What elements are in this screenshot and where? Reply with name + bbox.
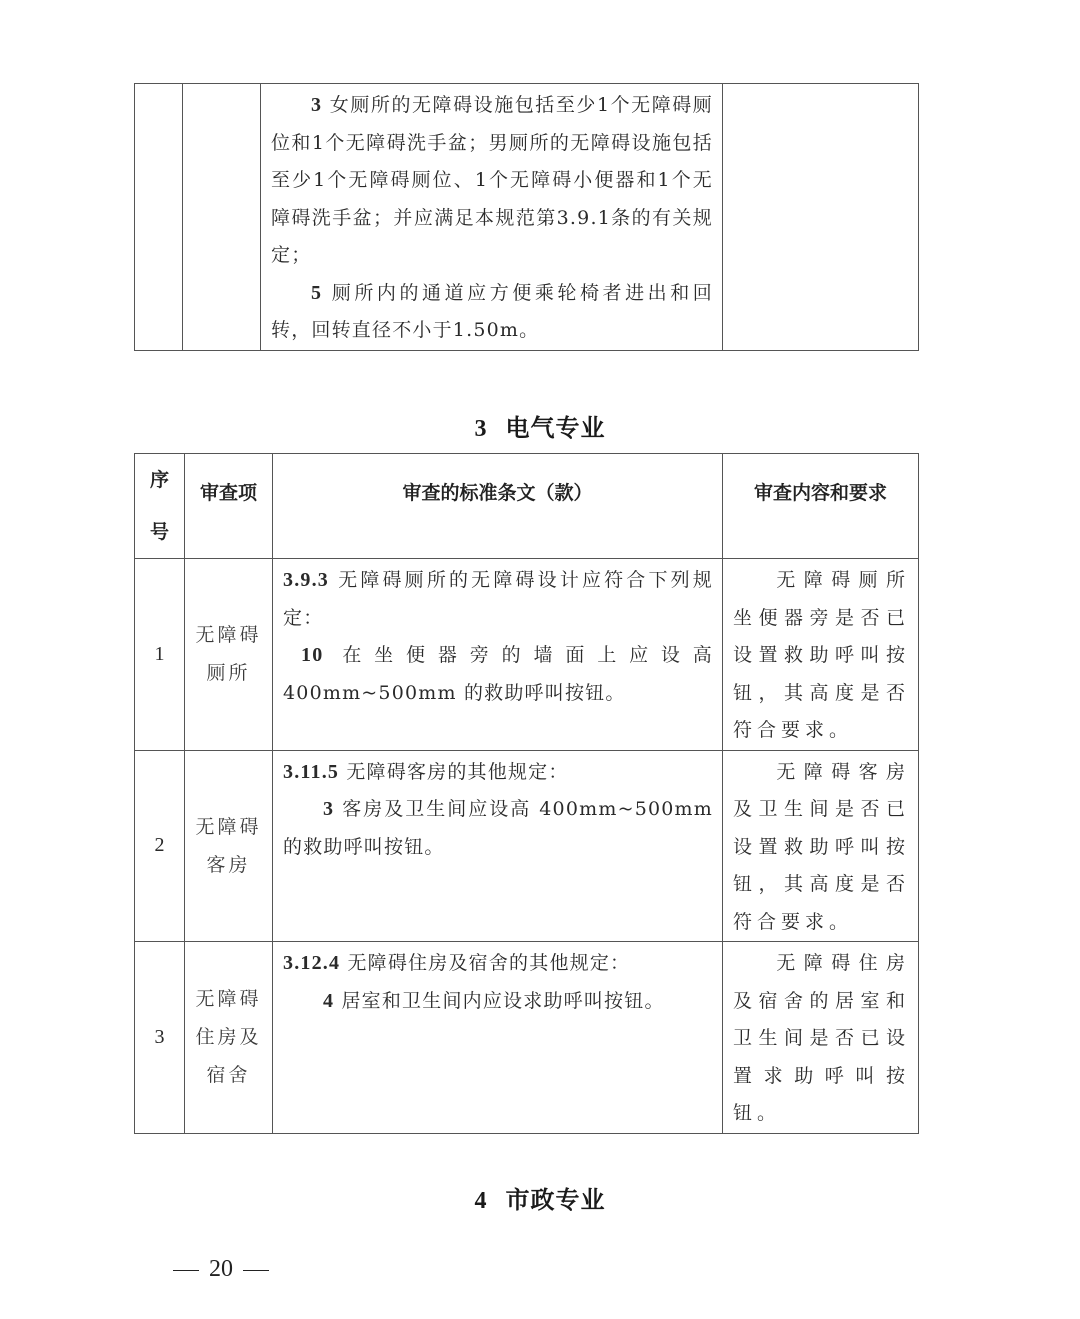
requirement-cell (723, 84, 919, 351)
table-row: 1 无障碍 厕所 3.9.3 无障碍厕所的无障碍设计应符合下列规定： 10 在坐… (135, 559, 919, 751)
section-number: 4 (475, 1188, 488, 1214)
electrical-review-table: 序 号 审查项 审查的标准条文（款） 审查内容和要求 1 无障碍 厕所 3.9.… (134, 453, 919, 1134)
requirement-cell: 无障碍客房及卫生间是否已设置救助呼叫按钮，其高度是否符合要求。 (723, 750, 919, 942)
table-row: 2 无障碍 客房 3.11.5 无障碍客房的其他规定： 3 客房及卫生间应设高 … (135, 750, 919, 942)
clause-title: 无障碍住房及宿舍的其他规定： (347, 952, 630, 974)
requirement-text: 无障碍客房及卫生间是否已设置救助呼叫按钮，其高度是否符合要求。 (733, 761, 910, 933)
requirement-text: 无障碍厕所坐便器旁是否已设置救助呼叫按钮，其高度是否符合要求。 (733, 569, 910, 741)
seq-cell: 2 (135, 750, 185, 942)
table-header-row: 序 号 审查项 审查的标准条文（款） 审查内容和要求 (135, 454, 919, 559)
dash-right (243, 1270, 269, 1272)
sub-item-text: 居室和卫生间内应设求助呼叫按钮。 (341, 990, 664, 1012)
header-standard: 审查的标准条文（款） (273, 454, 723, 559)
section-title: 电气专业 (506, 414, 606, 442)
sub-item-number: 10 (301, 644, 323, 666)
sub-item-text: 在坐便器旁的墙面上应设高400mm~500mm 的救助呼叫按钮。 (283, 644, 713, 704)
page-number-footer: 20 (163, 1256, 279, 1283)
item-cell (183, 84, 261, 351)
std-text-cell: 3.11.5 无障碍客房的其他规定： 3 客房及卫生间应设高 400mm~500… (273, 750, 723, 942)
item-number: 5 (311, 282, 322, 304)
item-text: 女厕所的无障碍设施包括至少1个无障碍厕位和1个无障碍洗手盆；男厕所的无障碍设施包… (271, 94, 713, 266)
section-heading: 4市政专业 (0, 1180, 1080, 1215)
section-number: 3 (475, 416, 488, 442)
std-text-cell: 3 女厕所的无障碍设施包括至少1个无障碍厕位和1个无障碍洗手盆；男厕所的无障碍设… (261, 84, 723, 351)
item-cell: 无障碍 住房及 宿舍 (185, 942, 273, 1134)
previous-table-continuation: 3 女厕所的无障碍设施包括至少1个无障碍厕位和1个无障碍洗手盆；男厕所的无障碍设… (134, 83, 919, 351)
sub-item-number: 4 (323, 990, 334, 1012)
clause-number: 3.11.5 (283, 761, 339, 783)
seq-cell (135, 84, 183, 351)
item-cell: 无障碍 厕所 (185, 559, 273, 751)
requirement-cell: 无障碍厕所坐便器旁是否已设置救助呼叫按钮，其高度是否符合要求。 (723, 559, 919, 751)
table-row: 3 女厕所的无障碍设施包括至少1个无障碍厕位和1个无障碍洗手盆；男厕所的无障碍设… (135, 84, 919, 351)
requirement-text: 无障碍住房及宿舍的居室和卫生间是否已设置求助呼叫按钮。 (733, 952, 910, 1124)
dash-left (173, 1270, 199, 1272)
header-seq: 序 号 (135, 454, 185, 559)
std-text-cell: 3.12.4 无障碍住房及宿舍的其他规定： 4 居室和卫生间内应设求助呼叫按钮。 (273, 942, 723, 1134)
seq-cell: 1 (135, 559, 185, 751)
clause-number: 3.12.4 (283, 952, 340, 974)
header-requirement: 审查内容和要求 (723, 454, 919, 559)
std-text-cell: 3.9.3 无障碍厕所的无障碍设计应符合下列规定： 10 在坐便器旁的墙面上应设… (273, 559, 723, 751)
clause-title: 无障碍厕所的无障碍设计应符合下列规定： (283, 569, 713, 629)
requirement-cell: 无障碍住房及宿舍的居室和卫生间是否已设置求助呼叫按钮。 (723, 942, 919, 1134)
section-title: 市政专业 (506, 1186, 606, 1214)
item-cell: 无障碍 客房 (185, 750, 273, 942)
sub-item-number: 3 (323, 798, 334, 820)
item-number: 3 (311, 94, 322, 116)
section-heading: 3电气专业 (0, 408, 1080, 443)
table-row: 3 无障碍 住房及 宿舍 3.12.4 无障碍住房及宿舍的其他规定： 4 居室和… (135, 942, 919, 1134)
clause-number: 3.9.3 (283, 569, 329, 591)
clause-title: 无障碍客房的其他规定： (346, 761, 568, 783)
item-text: 厕所内的通道应方便乘轮椅者进出和回转，回转直径不小于1.50m。 (271, 282, 713, 342)
page-number: 20 (209, 1256, 233, 1282)
header-item: 审查项 (185, 454, 273, 559)
seq-cell: 3 (135, 942, 185, 1134)
sub-item-text: 客房及卫生间应设高 400mm~500mm 的救助呼叫按钮。 (283, 798, 713, 858)
